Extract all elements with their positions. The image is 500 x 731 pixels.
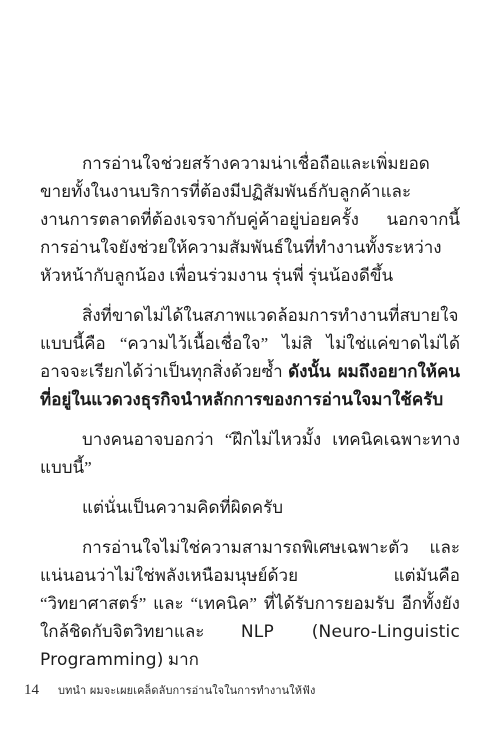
body-text-block: การอ่านใจช่วยสร้างความน่าเชื่อถือและเพิ่…	[40, 150, 460, 686]
running-title: บทนำ ผมจะเผยเคล็ดลับการอ่านใจในการทำงานใ…	[58, 681, 315, 699]
page-number: 14	[24, 682, 39, 699]
paragraph-2: สิ่งที่ขาดไม่ได้ในสภาพแวดล้อมการทำงานที่…	[40, 302, 460, 414]
paragraph-5: การอ่านใจไม่ใช่ความสามารถพิเศษเฉพาะตัว แ…	[40, 534, 460, 674]
paragraph-4-text: แต่นั่นเป็นความคิดที่ผิดครับ	[82, 498, 283, 517]
paragraph-1-text: การอ่านใจช่วยสร้างความน่าเชื่อถือและเพิ่…	[40, 154, 460, 285]
paragraph-1: การอ่านใจช่วยสร้างความน่าเชื่อถือและเพิ่…	[40, 150, 460, 290]
page-footer: 14 บทนำ ผมจะเผยเคล็ดลับการอ่านใจในการทำง…	[0, 681, 500, 701]
paragraph-5-thai-tail: มาก	[164, 650, 199, 669]
paragraph-3: บางคนอาจบอกว่า “ฝึกไม่ไหวมั้ง เทคนิคเฉพา…	[40, 426, 460, 482]
paragraph-3-text: บางคนอาจบอกว่า “ฝึกไม่ไหวมั้ง เทคนิคเฉพา…	[40, 430, 460, 477]
paragraph-4: แต่นั่นเป็นความคิดที่ผิดครับ	[40, 494, 460, 522]
book-page: การอ่านใจช่วยสร้างความน่าเชื่อถือและเพิ่…	[0, 0, 500, 731]
